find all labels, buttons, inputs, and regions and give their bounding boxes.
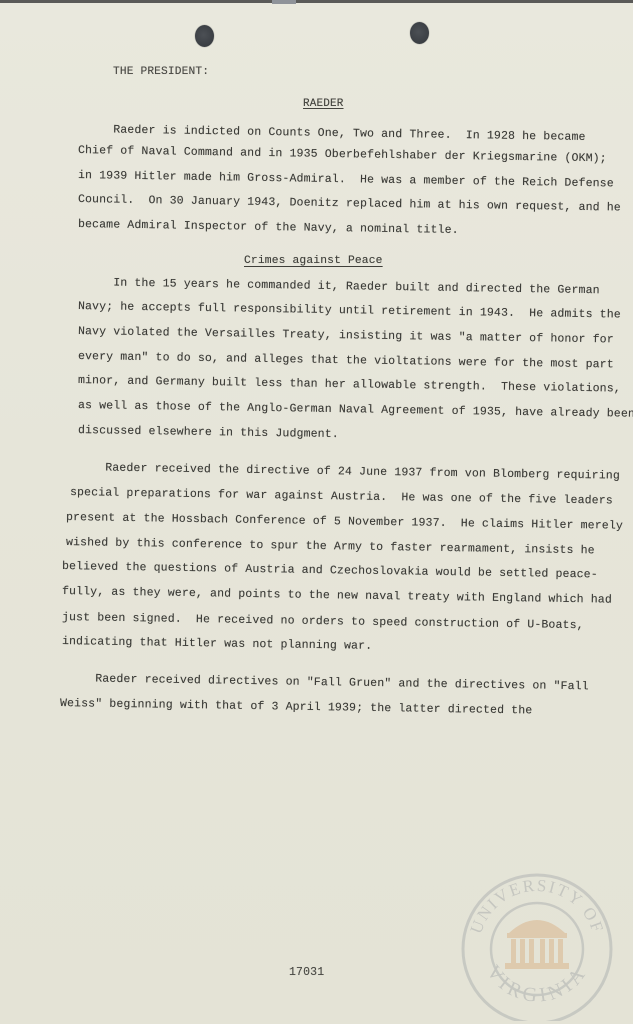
document-page: THE PRESIDENT: RAEDER Crimes against Pea…: [0, 0, 633, 1024]
text-line: Chief of Naval Command and in 1935 Oberb…: [78, 144, 607, 165]
document-title: RAEDER: [303, 98, 344, 110]
rotunda-icon: [505, 920, 569, 969]
text-line: as well as those of the Anglo-German Nav…: [78, 399, 633, 421]
document-header: THE PRESIDENT:: [113, 66, 209, 78]
text-line: fully, as they were, and points to the n…: [62, 585, 612, 607]
text-line: special preparations for war against Aus…: [70, 486, 613, 508]
text-line: Weiss" beginning with that of 3 April 19…: [60, 697, 533, 717]
text-line: every man" to do so, and alleges that th…: [78, 350, 614, 371]
punch-hole-icon: [410, 22, 429, 44]
text-line: Council. On 30 January 1943, Doenitz rep…: [78, 193, 621, 215]
text-line: indicating that Hitler was not planning …: [62, 635, 372, 653]
text-line: discussed elsewhere in this Judgment.: [78, 424, 339, 441]
text-line: believed the questions of Austria and Cz…: [62, 560, 598, 581]
text-line: Raeder received the directive of 24 June…: [70, 461, 620, 483]
text-line: present at the Hossbach Conference of 5 …: [66, 511, 623, 533]
text-line: In the 15 years he commanded it, Raeder …: [78, 276, 600, 297]
text-line: Raeder is indicted on Counts One, Two an…: [78, 123, 586, 144]
text-line: Navy violated the Versailles Treaty, ins…: [78, 325, 614, 346]
text-line: Raeder received directives on "Fall Grue…: [60, 672, 589, 693]
university-seal-watermark: UNIVERSITY OF VIRGINIA: [457, 871, 617, 1021]
text-line: Navy; he accepts full responsibility unt…: [78, 300, 621, 322]
text-line: wished by this conference to spur the Ar…: [66, 536, 595, 557]
punch-hole-icon: [195, 25, 214, 47]
text-line: just been signed. He received no orders …: [62, 611, 584, 632]
page-number: 17031: [289, 966, 324, 979]
section-heading: Crimes against Peace: [244, 255, 383, 267]
text-line: in 1939 Hitler made him Gross-Admiral. H…: [78, 169, 614, 190]
scan-edge-gap: [272, 0, 296, 4]
scan-top-edge: [0, 0, 633, 3]
text-line: became Admiral Inspector of the Navy, a …: [78, 218, 459, 237]
text-line: minor, and Germany built less than her a…: [78, 374, 621, 396]
